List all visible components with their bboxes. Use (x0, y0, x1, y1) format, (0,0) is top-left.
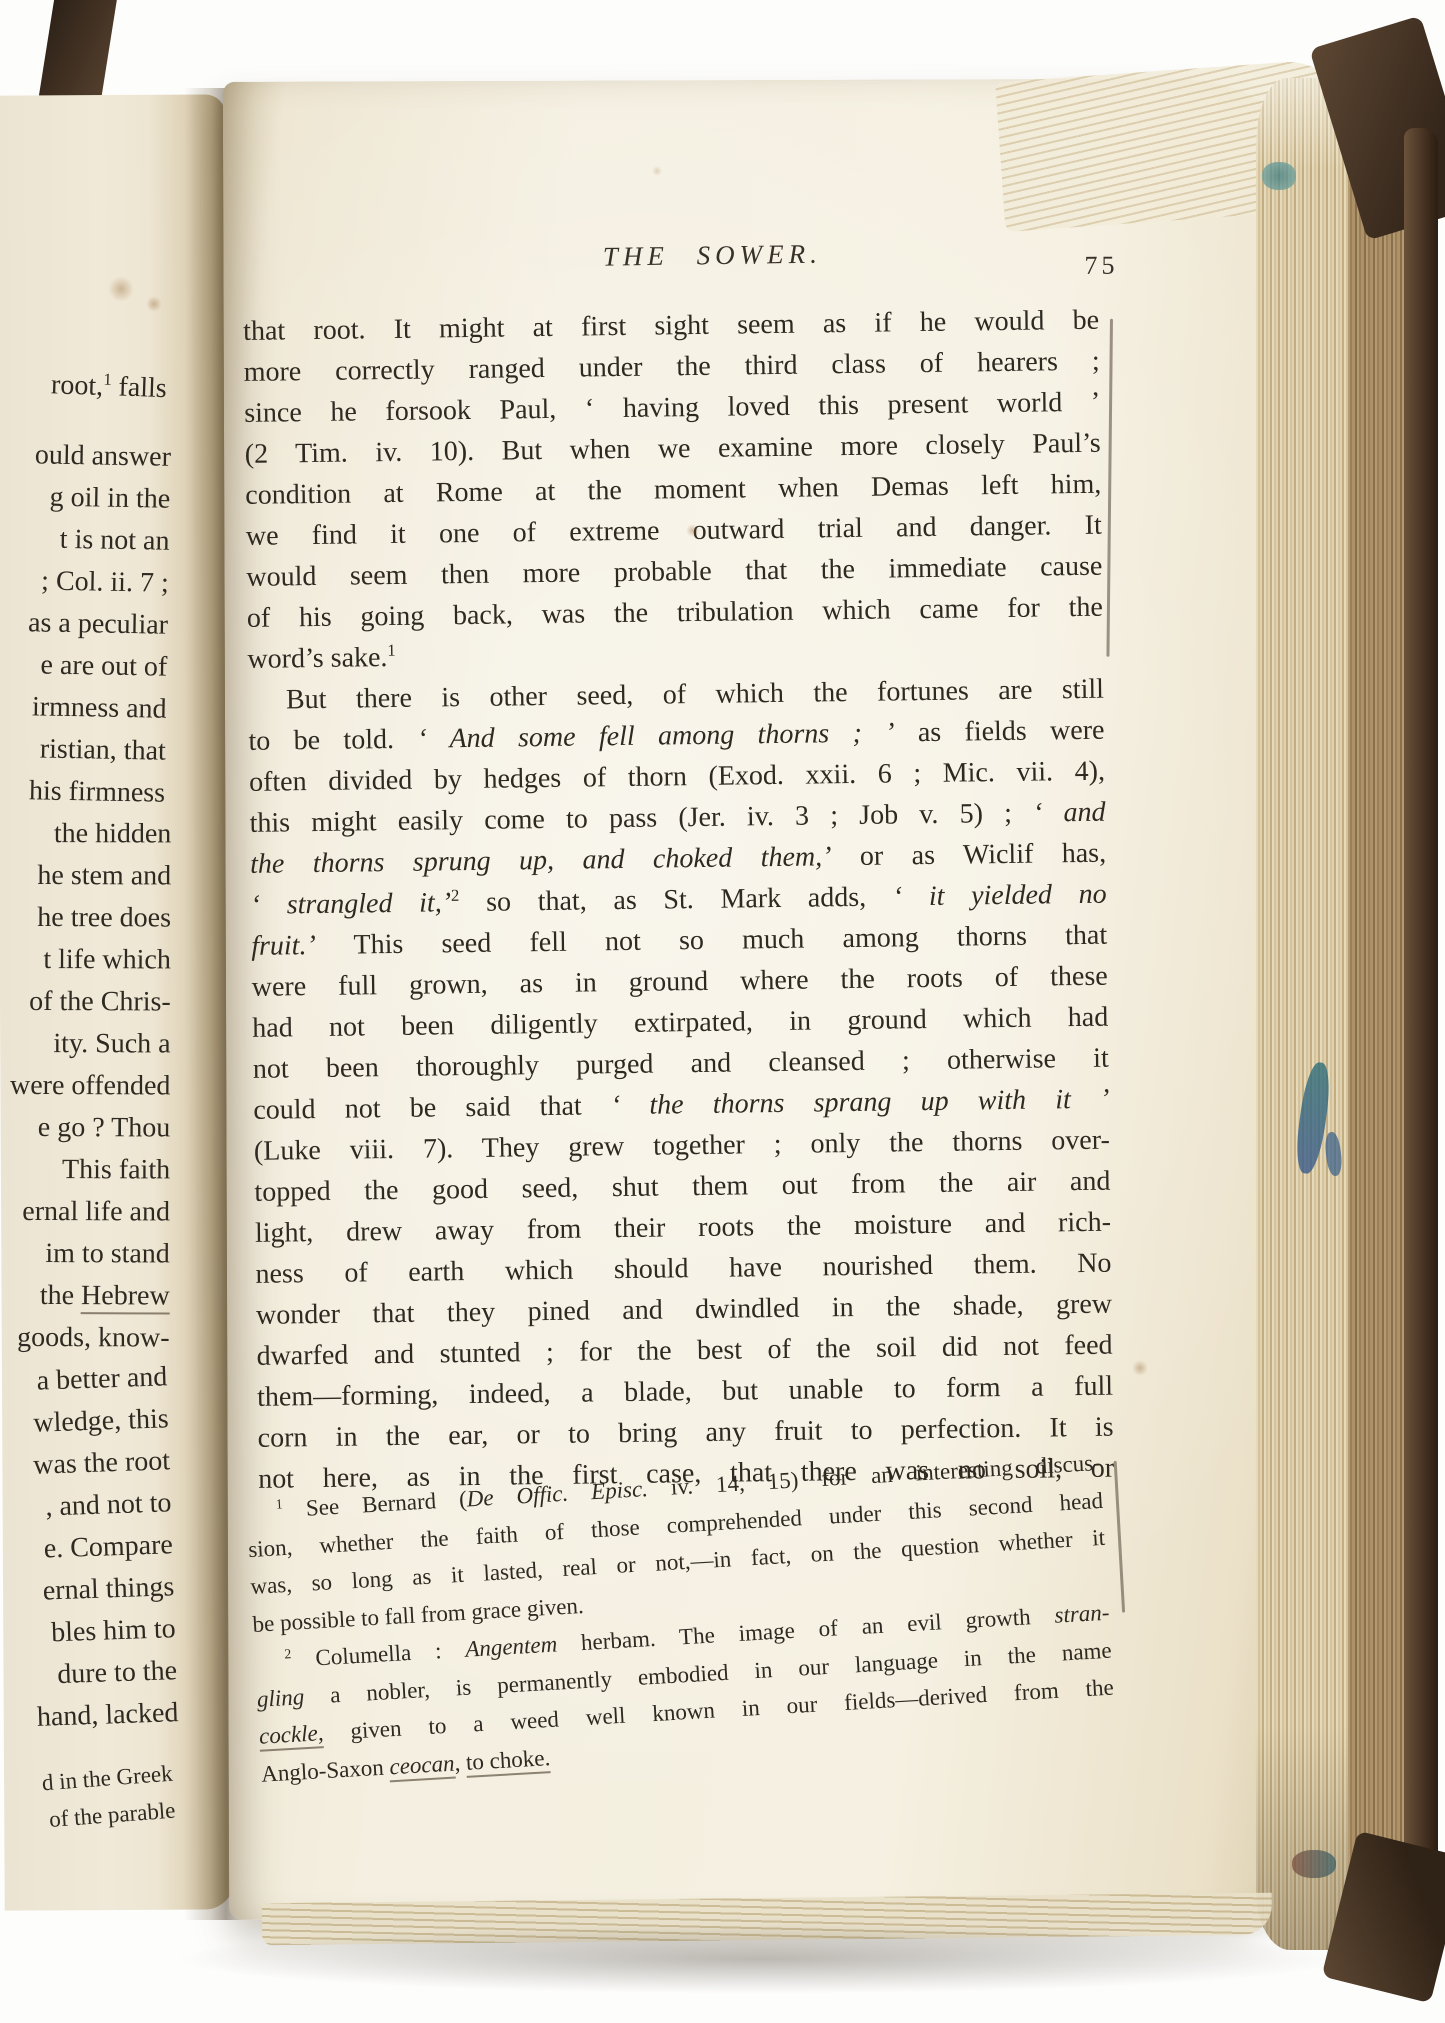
text-line: e go ? Thou (0, 1107, 170, 1150)
right-page: THE SOWER. 75 that root. It might at fir… (223, 78, 1287, 1920)
foxing-spot (108, 276, 134, 302)
left-text-block-b: ould answerg oil in thet is not an; Col.… (0, 434, 171, 815)
footnotes: 1 See Bernard (De Offic. Episc. iv. 14, … (245, 1444, 1117, 1793)
left-text-block-e: d in the Greekof the parable (0, 1755, 177, 1842)
book-photo: root,1 falls ould answerg oil in thet is… (0, 0, 1445, 2023)
text-line: t is not an (0, 518, 170, 563)
text-line: ernal life and (0, 1191, 170, 1234)
text-line: root,1 falls (0, 362, 167, 410)
text-line: g oil in the (0, 476, 171, 521)
text-line: the hidden (0, 813, 171, 856)
left-text-block-d: a better andwledge, thiswas the root, an… (0, 1356, 179, 1740)
main-text: that root. It might at first sight seem … (243, 300, 1114, 1500)
text-line: of the Chris- (0, 981, 171, 1024)
marbling-mark (1262, 162, 1296, 190)
text-line: as a peculiar (0, 602, 168, 647)
text-line: irmness and (0, 686, 167, 731)
text-line: e. Compare (0, 1524, 174, 1572)
text-line: goods, know- (0, 1317, 170, 1360)
text-line: ristian, that (0, 728, 166, 773)
text-line: t life which (0, 939, 171, 982)
page-number: 75 (1084, 251, 1118, 281)
book-shadow (170, 1924, 1350, 1994)
text-line: he stem and (0, 855, 171, 898)
text-line: was the root (0, 1440, 171, 1488)
text-line: bles him to (0, 1608, 176, 1656)
text-line: ould answer (0, 434, 171, 479)
running-header: THE SOWER. 75 (248, 239, 1104, 292)
text-line: hand, lacked (2, 1692, 179, 1740)
text-line: This faith (0, 1149, 170, 1192)
fore-edge-pages-outer (1348, 100, 1408, 1930)
foxing-spot (146, 296, 162, 312)
text-line: wledge, this (0, 1398, 169, 1446)
marbling-mark (1292, 1850, 1336, 1878)
left-page-text: root,1 falls ould answerg oil in thet is… (0, 365, 174, 1836)
paragraph-1: that root. It might at first sight seem … (243, 300, 1104, 680)
text-line: im to stand (0, 1233, 170, 1276)
page-title: THE SOWER. (603, 239, 822, 273)
text-line: , and not to (0, 1482, 172, 1530)
text-line: ; Col. ii. 7 ; (0, 560, 169, 605)
foxing-spot (1132, 1360, 1148, 1376)
fore-edge-pages (1256, 78, 1352, 1950)
left-text-block-a: root,1 falls (0, 362, 167, 410)
foxing-spot (686, 524, 699, 537)
text-line: his firmness (0, 770, 165, 815)
paragraph-2: But there is other seed, of which the fo… (248, 669, 1115, 1500)
text-line: e are out of (0, 644, 168, 689)
text-line: were offended (0, 1065, 171, 1108)
pencil-margin-line-1 (1106, 319, 1112, 657)
text-line: dure to the (0, 1650, 177, 1698)
cover-edge-right (1404, 128, 1438, 1914)
text-line: a better and (0, 1356, 168, 1404)
text-line: the Hebrew (0, 1275, 170, 1318)
pencil-margin-line-2 (1114, 1461, 1125, 1613)
left-text-block-c: the hiddenhe stem andhe tree doest life … (0, 813, 171, 1360)
text-line: ernal things (0, 1566, 175, 1614)
text-line: ity. Such a (0, 1023, 171, 1066)
text-line: he tree does (0, 897, 171, 940)
foxing-spot (652, 166, 662, 176)
